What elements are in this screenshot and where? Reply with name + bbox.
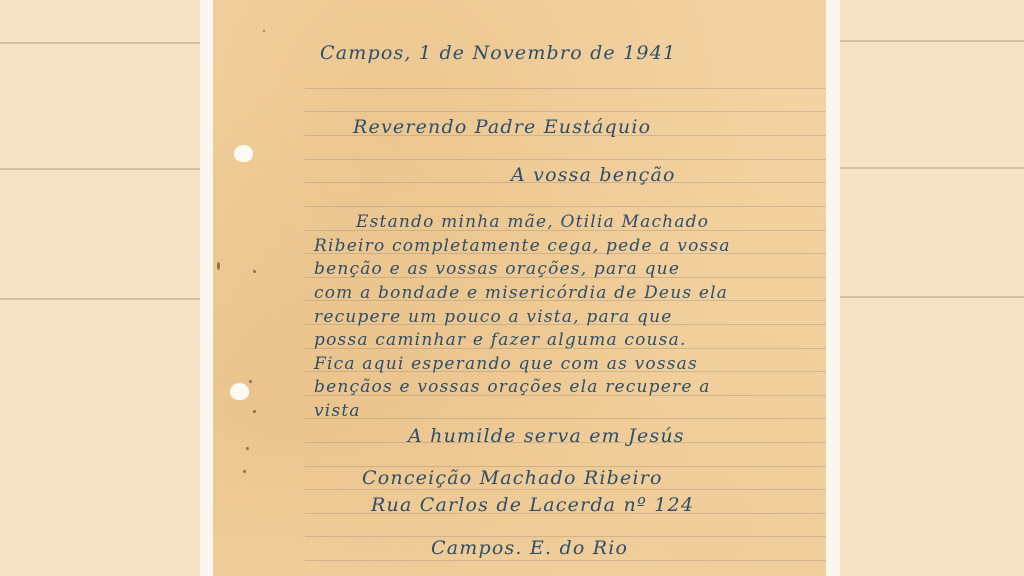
paper-stain bbox=[263, 30, 265, 32]
address-city: Campos. E. do Rio bbox=[431, 537, 628, 559]
address-street: Rua Carlos de Lacerda nº 124 bbox=[371, 494, 694, 516]
paper-stain bbox=[253, 410, 256, 413]
background-left bbox=[0, 0, 200, 576]
salutation: Reverendo Padre Eustáquio bbox=[353, 116, 651, 138]
background-right bbox=[840, 0, 1024, 576]
margin-gap-right bbox=[826, 0, 840, 576]
body-line: Fica aqui esperando que com as vossas bbox=[314, 354, 698, 374]
background-line bbox=[840, 167, 1024, 169]
body-line: possa caminhar e fazer alguma cousa. bbox=[314, 330, 687, 350]
margin-gap-left bbox=[200, 0, 213, 576]
body-line: Ribeiro completamente cega, pede a vossa bbox=[314, 236, 731, 256]
background-line bbox=[0, 42, 200, 44]
letter-paper: Campos, 1 de Novembro de 1941 Reverendo … bbox=[213, 0, 826, 576]
body-line: bençãos e vossas orações ela recupere a bbox=[314, 377, 711, 397]
body-line: benção e as vossas orações, para que bbox=[314, 259, 680, 279]
background-line bbox=[840, 296, 1024, 298]
closing: A humilde serva em Jesús bbox=[408, 425, 685, 447]
ruled-line bbox=[305, 111, 826, 112]
paper-stain bbox=[243, 470, 246, 473]
ruled-line bbox=[305, 489, 826, 490]
punch-hole bbox=[230, 383, 249, 400]
ruled-line bbox=[305, 159, 826, 160]
paper-stain bbox=[249, 380, 252, 383]
ruled-line bbox=[305, 206, 826, 207]
punch-hole bbox=[234, 145, 253, 162]
ruled-line bbox=[305, 560, 826, 561]
paper-stain bbox=[246, 447, 249, 450]
body-line: recupere um pouco a vista, para que bbox=[314, 307, 673, 327]
background-line bbox=[840, 40, 1024, 42]
background-line bbox=[0, 168, 200, 170]
signature: Conceição Machado Ribeiro bbox=[362, 467, 663, 489]
greeting: A vossa benção bbox=[511, 164, 676, 186]
background-line bbox=[0, 298, 200, 300]
body-line: Estando minha mãe, Otilia Machado bbox=[356, 212, 709, 232]
body-line: com a bondade e misericórdia de Deus ela bbox=[314, 283, 728, 303]
paper-stain bbox=[217, 262, 220, 270]
paper-stain bbox=[253, 270, 256, 273]
ruled-line bbox=[305, 88, 826, 89]
date-line: Campos, 1 de Novembro de 1941 bbox=[320, 42, 676, 64]
ruled-line bbox=[305, 418, 826, 419]
body-line: vista bbox=[314, 401, 361, 421]
